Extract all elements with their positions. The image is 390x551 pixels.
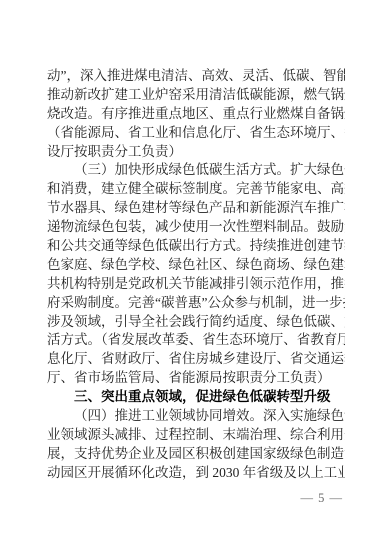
- doc-line: 设厅按职责分工负责）: [47, 143, 345, 162]
- doc-line: 共机构特别是党政机关节能减排引领示范作用，推行绿色产品政: [47, 275, 345, 294]
- document-page: 动”，深入推进煤电清洁、高效、灵活、低碳、智能化高质量发展。 推动新改扩建工业炉…: [0, 0, 390, 551]
- doc-line: （省能源局、省工业和信息化厅、省生态环境厅、省住房城乡建: [47, 124, 345, 143]
- doc-line: 活方式。（省发展改革委、省生态环境厅、省教育厅、省工业和信: [47, 331, 345, 350]
- doc-line: 和公共交通等绿色低碳出行方式。持续推进创建节约型机关、绿: [47, 237, 345, 256]
- doc-line: 推动新改扩建工业炉窑采用清洁低碳能源，燃气锅炉实施低氮燃: [47, 86, 345, 105]
- doc-line-paragraph-start: （三）加快形成绿色低碳生活方式。扩大绿色低碳产品供给: [47, 161, 345, 180]
- doc-line: 和消费，建立健全碳标签制度。完善节能家电、高效照明产品、: [47, 180, 345, 199]
- doc-line-paragraph-start: （四）推进工业领域协同增效。深入实施绿色制造，加快工: [47, 407, 345, 426]
- doc-line: 节水器具、绿色建材等绿色产品和新能源汽车推广机制。推动快: [47, 199, 345, 218]
- doc-line: 烧改造。有序推进重点地区、重点行业燃煤自备锅炉“煤改气”。: [47, 105, 345, 124]
- doc-line: 动园区开展循环化改造，到 2030 年省级及以上工业园区基本开展: [47, 464, 345, 483]
- doc-line: 厅、省市场监管局、省能源局按职责分工负责）: [47, 369, 345, 388]
- doc-line: 息化厅、省财政厅、省住房城乡建设厅、省交通运输厅、省商务: [47, 350, 345, 369]
- doc-line: 动”，深入推进煤电清洁、高效、灵活、低碳、智能化高质量发展。: [47, 67, 345, 86]
- doc-line: 业领域源头减排、过程控制、末端治理、综合利用全流程绿色发: [47, 426, 345, 445]
- doc-line: 展，支持优势企业及园区积极创建国家级绿色制造试点示范。推: [47, 445, 345, 464]
- doc-line: 府采购制度。完善“碳普惠”公众参与机制，进一步拓展碳普惠: [47, 294, 345, 313]
- doc-line: 色家庭、绿色学校、绿色社区、绿色商场、绿色建筑等，发挥公: [47, 256, 345, 275]
- section-heading: 三、突出重点领域，促进绿色低碳转型升级: [47, 388, 345, 407]
- document-text-block: 动”，深入推进煤电清洁、高效、灵活、低碳、智能化高质量发展。 推动新改扩建工业炉…: [47, 67, 345, 483]
- page-number: — 5 —: [301, 491, 344, 506]
- doc-line: 递物流绿色包装，减少使用一次性塑料制品。鼓励步行、自行车: [47, 218, 345, 237]
- doc-line: 涉及领域，引导全社会践行简约适度、绿色低碳、文明健康的生: [47, 313, 345, 332]
